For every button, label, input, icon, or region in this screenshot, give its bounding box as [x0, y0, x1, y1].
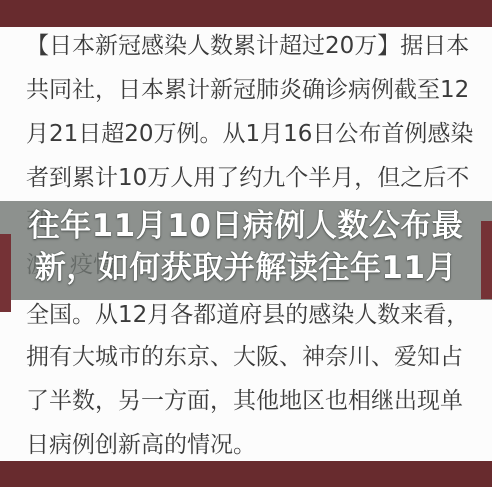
- article-line: 月21日超20万例。从1月16日公布首例感染: [26, 121, 473, 148]
- article-line: 共同社，日本累计新冠肺炎确诊病例截至12: [26, 77, 469, 104]
- right-red-edge-strip: [481, 221, 492, 299]
- article-line: 日病例创新高的情况。: [26, 432, 256, 459]
- article-line: 全国。从12月各都道府县的感染人数来看，: [26, 302, 469, 329]
- top-red-bar: [0, 0, 492, 27]
- headline-overlay-band: 到 波 疫情 往年11月10日病例人数公布最 新，如何获取并解读往年11月: [0, 201, 492, 300]
- bottom-red-bar: [0, 461, 492, 487]
- headline-line-2: 新，如何获取并解读往年11月: [0, 249, 492, 287]
- article-cover-image: 【日本新冠感染人数累计超过20万】据日本 共同社，日本累计新冠肺炎确诊病例截至1…: [0, 0, 492, 487]
- article-line: 【日本新冠感染人数累计超过20万】据日本: [26, 33, 469, 60]
- article-line: 者到累计10万人用了约九个半月，但之后不: [26, 165, 469, 192]
- article-line: 拥有大城市的东京、大阪、神奈川、爱知占: [26, 344, 463, 371]
- left-red-edge-strip: [0, 234, 11, 312]
- headline-line-1: 往年11月10日病例人数公布最: [0, 207, 492, 245]
- article-line: 了半数，另一方面，其他地区也相继出现单: [26, 388, 463, 415]
